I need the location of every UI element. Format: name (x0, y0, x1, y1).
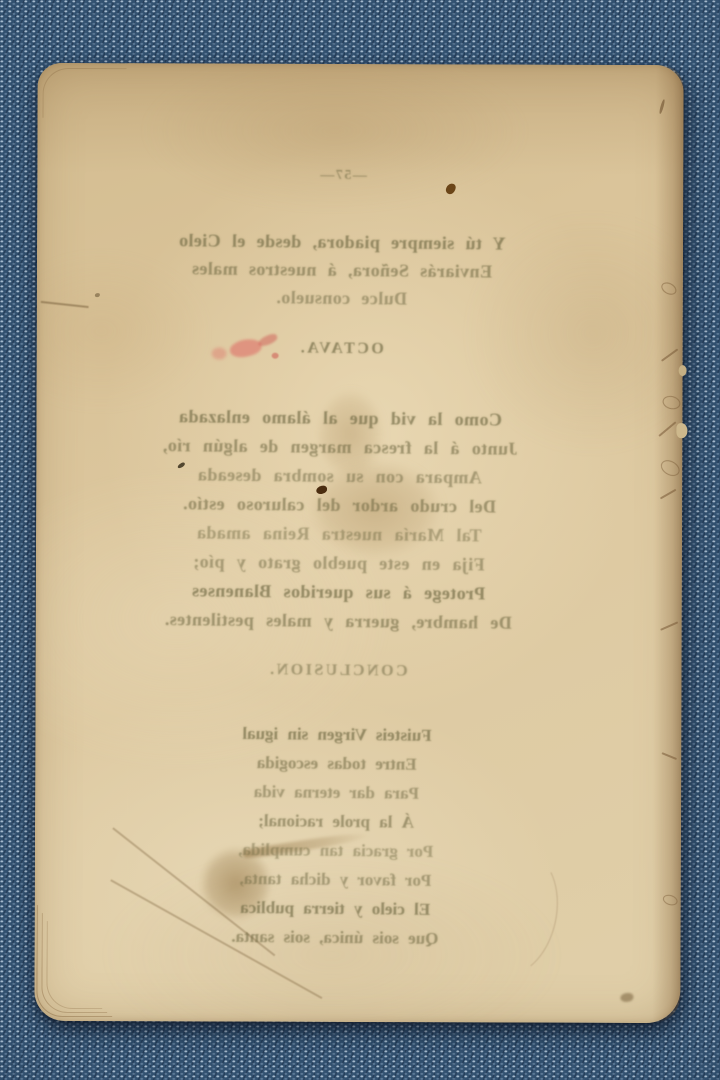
fox-spot (177, 462, 186, 469)
binding-stitch (660, 621, 678, 630)
paper-top-shading (37, 63, 683, 175)
verse-line: Entre todas escogida (14, 746, 660, 782)
edge-mark (659, 99, 666, 114)
fox-spot (95, 293, 100, 297)
page-number: —57— (20, 165, 666, 188)
verse-line: Como la vid que al álamo enlazada (17, 401, 663, 437)
red-ink-smear (228, 336, 263, 360)
binding-stitch (658, 421, 676, 437)
verse-line: Del crudo ardor del caluroso estío. (16, 488, 662, 524)
octava-stanza: Como la vid que al álamo enlazada Junto … (15, 401, 663, 640)
binding-stitch (659, 280, 678, 297)
red-ink-stain (212, 333, 288, 379)
verse-line: De hambre, guerra y males pestilentes. (15, 604, 661, 640)
verse-line: Para dar eterna vida (13, 775, 659, 811)
water-stain-upper-lobe (304, 374, 396, 494)
crease-line (110, 879, 322, 998)
binding-stitch (661, 394, 682, 411)
conclusion-stanza: Fuisteis Virgen sin igual Entre todas es… (12, 717, 660, 956)
verse-line: Junto á la fresca margen de algún río, (17, 430, 663, 466)
verse-line: Protege á sus queridos Blanenses (15, 575, 661, 611)
verse-line: Fuisteis Virgen sin igual (14, 717, 660, 753)
corner-page-layer (46, 921, 102, 1009)
verse-line: Ampara con su sombra deseada (17, 459, 663, 495)
corner-page-layer (41, 913, 107, 1013)
binding-stitch (660, 489, 677, 500)
section-heading-octava: OCTAVA. (18, 337, 664, 362)
booklet-page: —57— Y tú siempre piadora, desde el Ciel… (34, 63, 683, 1023)
corner-page-layer-top-left (42, 68, 126, 118)
water-stain-center (284, 442, 466, 577)
binding-stitch (661, 752, 677, 760)
show-through-text: —57— Y tú siempre piadora, desde el Ciel… (11, 61, 667, 1026)
red-ink-speck (272, 353, 279, 359)
binding-stitch (658, 457, 682, 479)
paper-texture (34, 63, 683, 1023)
top-verse: Y tú siempre piadora, desde el Cielo Env… (18, 225, 665, 316)
binding-stitch (662, 893, 679, 907)
water-stain-bottom-tail (243, 830, 371, 859)
photo-of-booklet-back-cover: —57— Y tú siempre piadora, desde el Ciel… (0, 0, 720, 1080)
section-heading-conclusion: CONCLUSION. (15, 659, 661, 684)
fox-spot (445, 182, 457, 195)
red-ink-streak (257, 332, 279, 348)
verse-line: Y tú siempre piadora, desde el Cielo (19, 225, 665, 260)
smudge-spot (620, 993, 633, 1002)
verse-line: Tal María nuestra Reina amada (16, 517, 662, 553)
water-stain-bottom (187, 833, 285, 933)
binding-stitch (661, 348, 678, 361)
verse-line: Que sois única, sois santa. (12, 920, 658, 956)
verse-line: Fija en este pueblo grato y pío; (16, 546, 662, 582)
verse-line: Por favor y dicha tanta, (12, 862, 658, 898)
verse-line: Enviarás Señora, á nuestros males (19, 253, 665, 288)
corner-page-layer (36, 905, 112, 1017)
fox-spot (316, 485, 328, 495)
verse-line: Dulce consuelo. (18, 281, 664, 316)
crease-line (113, 827, 276, 956)
verse-line: Por gracia tan cumplida, (13, 833, 659, 869)
binding-edge-shading (652, 65, 683, 1023)
crease-curve (460, 843, 569, 984)
verse-line: Á la prole racional; (13, 804, 659, 840)
verse-line: El cielo y tierra publica (12, 891, 658, 927)
edge-tear-line (41, 301, 89, 308)
red-ink-dot (212, 347, 227, 359)
